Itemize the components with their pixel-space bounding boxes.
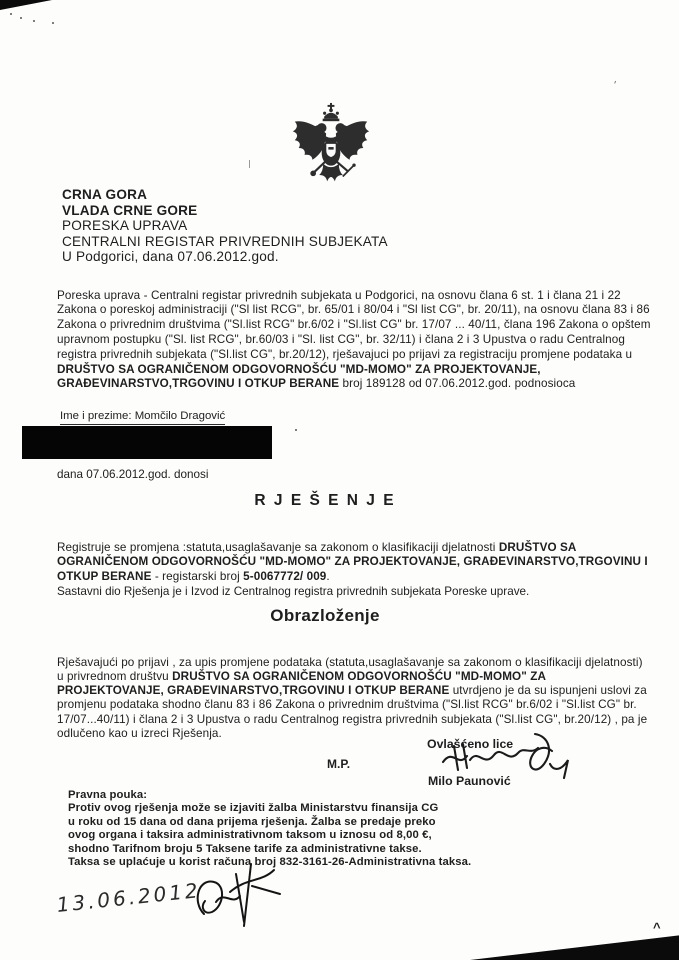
- legal-notice-line: u roku od 15 dana od dana prijema rješen…: [68, 816, 471, 829]
- scan-speckle: [33, 20, 35, 22]
- scan-speckle: [20, 17, 22, 19]
- issuer-registry: CENTRALNI REGISTAR PRIVREDNIH SUBJEKATA: [62, 234, 388, 250]
- decision-title: R J E Š E N J E: [0, 492, 650, 510]
- intro-paragraph: Poreska uprava - Centralni registar priv…: [57, 289, 651, 393]
- decision-date-line: dana 07.06.2012.god. donosi: [57, 468, 208, 481]
- scan-mark: [249, 160, 250, 168]
- intro-text-end: broj 189128 od 07.06.2012.god. podnosioc…: [339, 377, 575, 390]
- issuer-country: CRNA GORA: [62, 187, 388, 203]
- legal-notice-line: Protiv ovog rješenja može se izjaviti ža…: [68, 802, 471, 815]
- scan-artifact-top-left: [0, 0, 52, 10]
- registration-number: 5-0067772/ 009: [243, 570, 326, 583]
- redaction-box: [22, 426, 272, 459]
- decision-text: Registruje se promjena :statuta,usaglaša…: [57, 541, 499, 554]
- applicant-name-line: Ime i prezime: Momčilo Dragović: [60, 410, 225, 425]
- handwritten-date: 13.06.2012: [55, 878, 201, 917]
- scan-speckle: [10, 13, 12, 15]
- issuer-header: CRNA GORA VLADA CRNE GORE PORESKA UPRAVA…: [62, 187, 388, 265]
- decision-paragraph: Registruje se promjena :statuta,usaglaša…: [57, 541, 651, 585]
- intro-text: Poreska uprava - Centralni registar priv…: [57, 289, 651, 361]
- issuer-government: VLADA CRNE GORE: [62, 203, 388, 219]
- decision-text-end: .: [326, 570, 329, 583]
- scan-speckle: [295, 429, 297, 431]
- legal-notice-line: ovog organa i taksira administrativnom t…: [68, 829, 471, 842]
- scan-artifact-bottom-right: [470, 930, 679, 960]
- received-signature: [188, 858, 303, 938]
- legal-notice-line: shodno Tarifnom broju 5 Taksene tarife z…: [68, 843, 471, 856]
- scan-mark: ': [611, 78, 618, 92]
- explanation-title: Obrazloženje: [0, 606, 650, 626]
- coat-of-arms-icon: [281, 101, 381, 199]
- issuer-place-date: U Podgorici, dana 07.06.2012.god.: [62, 249, 388, 265]
- scan-speckle: [52, 22, 54, 24]
- signer-name: Milo Paunović: [428, 774, 511, 788]
- legal-notice-title: Pravna pouka:: [68, 789, 471, 802]
- decision-text-mid: - registarski broj: [152, 570, 244, 583]
- issuer-agency: PORESKA UPRAVA: [62, 218, 388, 234]
- stamp-placeholder: M.P.: [327, 757, 350, 771]
- attachment-note: Sastavni dio Rješenja je i Izvod iz Cent…: [57, 585, 529, 598]
- scanned-document-page: ': [0, 0, 679, 960]
- scan-mark-caret: ^: [653, 920, 661, 935]
